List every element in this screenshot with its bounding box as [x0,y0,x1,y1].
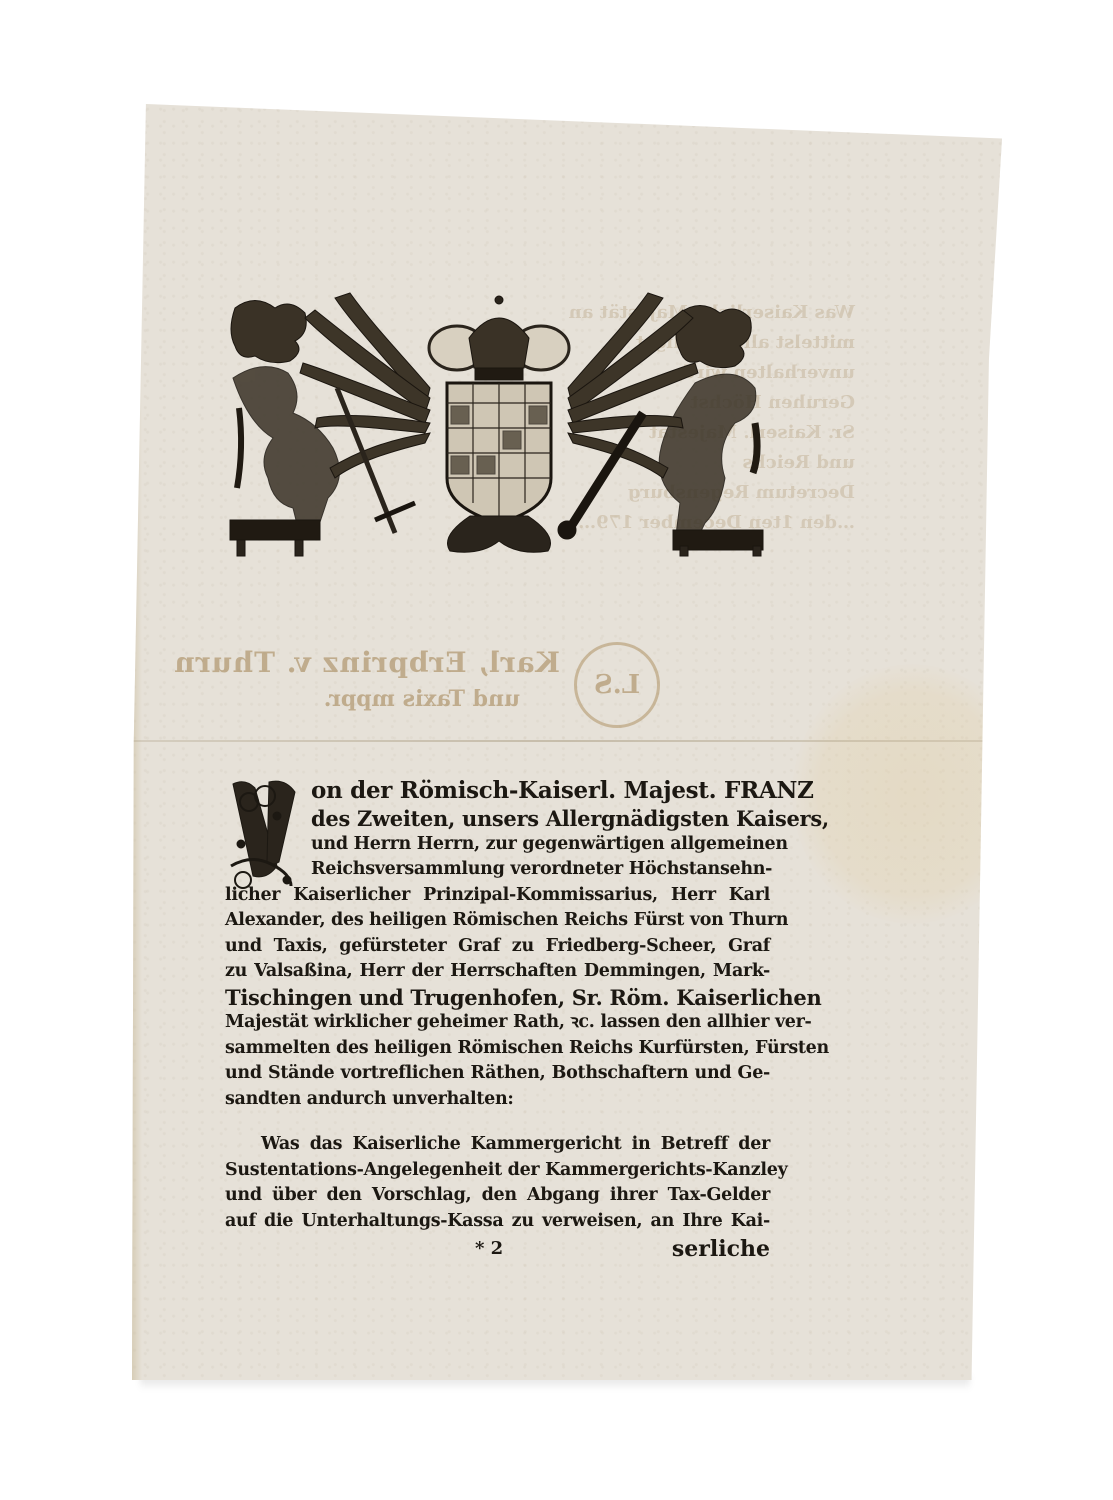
fold-crease [132,740,1002,742]
text-line: des Zweiten, unsers Allergnädigsten Kais… [311,806,770,832]
text-line: licher Kaiserlicher Prinzipal-Kommissari… [225,883,770,909]
decree-text: on der Römisch-Kaiserl. Majest. FRANZ de… [225,776,770,1264]
text-line: und Herrn Herrn, zur gegenwärtigen allge… [311,832,770,858]
text-line: und Stände vortreflichen Räthen, Bothsch… [225,1061,770,1087]
text-line: Was das Kaiserliche Kammergericht in Bet… [225,1132,770,1158]
catchword: serliche [672,1234,770,1264]
double-headed-eagle-icon [225,288,773,558]
paragraph-2: Was das Kaiserliche Kammergericht in Bet… [225,1132,770,1234]
document-page: Was Kaiserliche Majestät an mittelst all… [132,104,1002,1380]
seal-text: L.S [594,670,640,700]
text-line: zu Valsaßina, Herr der Herrschaften Demm… [225,959,770,985]
bleed-through-signature: L.S Karl, Erbprinz v. Thurn und Taxis mp… [220,634,660,734]
text-line: auf die Unterhaltungs-Kassa zu verweisen… [225,1209,770,1235]
text-line: sammelten des heiligen Römischen Reichs … [225,1036,770,1062]
text-line: Tischingen und Trugenhofen, Sr. Röm. Kai… [225,985,770,1011]
signature-mark: * 2 [475,1234,503,1264]
paper-edge [132,104,142,1380]
text-line: Reichsversammlung verordneter Höchstanse… [311,857,770,883]
water-stain [792,664,1032,924]
signature-line-2: und Taxis mppr. [324,686,520,712]
text-line: on der Römisch-Kaiserl. Majest. FRANZ [311,776,770,806]
seal-mark: L.S [574,642,660,728]
text-line: sandten andurch unverhalten: [225,1087,770,1113]
signature-line-1: Karl, Erbprinz v. Thurn [173,646,560,679]
text-line: und über den Vorschlag, den Abgang ihrer… [225,1183,770,1209]
text-line: Sustentations-Angelegenheit der Kammerge… [225,1158,770,1184]
text-line: Majestät wirklicher geheimer Rath, ꝛc. l… [225,1010,770,1036]
text-line: Alexander, des heiligen Römischen Reichs… [225,908,770,934]
coat-of-arms-engraving: Was Kaiserliche Majestät an mittelst all… [225,288,773,558]
text-line: und Taxis, gefürsteter Graf zu Friedberg… [225,934,770,960]
drop-cap-v-icon [225,776,303,892]
page-footer: * 2 serliche [225,1234,770,1264]
